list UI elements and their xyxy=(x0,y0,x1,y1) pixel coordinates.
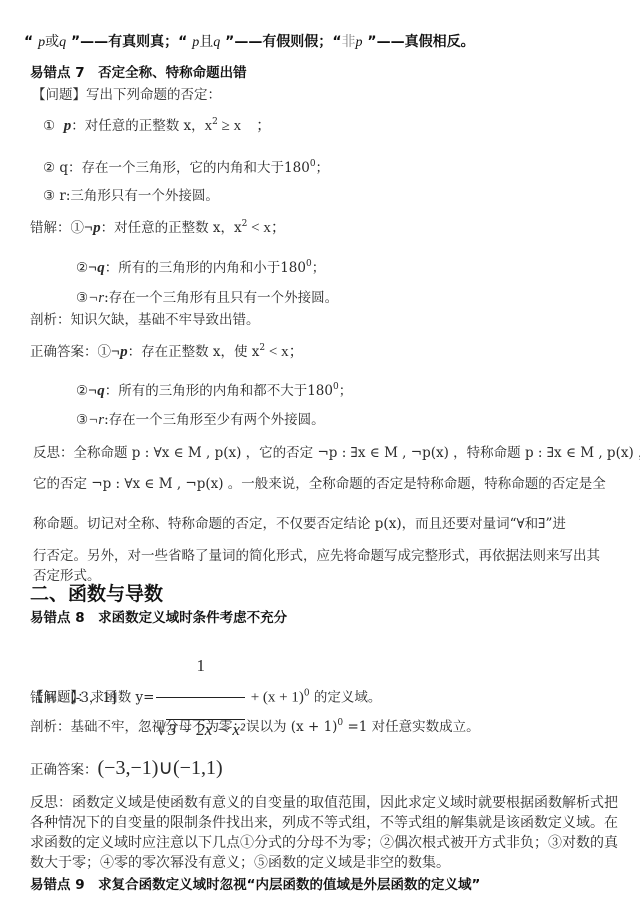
question-suffix: 的定义域。 xyxy=(310,690,382,706)
point7-item-2: ② q：存在一个三角形，它的内角和大于1800； xyxy=(43,159,329,177)
item-text: ：存在正整数 x，使 x xyxy=(128,344,260,360)
quote-close: ” xyxy=(66,34,80,50)
point7-correct-2: ②¬q：所有的三角形的内角和都不大于1800； xyxy=(76,382,352,400)
negation: ¬q xyxy=(88,383,105,399)
quote-open: “ xyxy=(24,34,38,50)
point7-reflection-2: 它的否定 ¬p : ∀x ∈ M , ¬p(x) 。一般来说，全称命题的否定是特… xyxy=(33,475,606,493)
analysis-suffix: =1 对任意实数成立。 xyxy=(343,719,479,735)
item-number: ① xyxy=(71,220,85,236)
item-text: :存在一个三角形有且只有一个外接圆。 xyxy=(104,290,338,306)
item-number: ② xyxy=(76,260,88,276)
item-tail: ； xyxy=(339,383,353,399)
point8-heading: 易错点 8 求函数定义域时条件考虑不充分 xyxy=(30,609,287,627)
quote-close: ” xyxy=(220,34,234,50)
point9-heading: 易错点 9 求复合函数定义域时忽视“内层函数的值域是外层函数的定义域” xyxy=(30,876,480,894)
item-number: ③ xyxy=(76,290,88,306)
logic-rule-line: “ p或q ”——有真则真；“ p且q ”——有假则假；“非p ”——真假相反。 xyxy=(24,33,475,52)
item-tail: < x； xyxy=(247,220,285,236)
item-tail: < x； xyxy=(265,344,303,360)
point8-wrong: 错解：[-3，1] xyxy=(30,689,116,707)
item-tail: ； xyxy=(312,260,326,276)
point7-reflection-1: 反思：全称命题 p : ∀x ∈ M , p(x) ，它的否定 ¬p : ∃x … xyxy=(33,444,640,462)
math-var-p: p xyxy=(356,35,363,50)
negation: ¬p xyxy=(84,220,101,236)
item-text: ：所有的三角形的内角和小于180 xyxy=(105,260,306,276)
point7-reflection-3: 称命题。切记对全称、特称命题的否定，不仅要否定结论 p(x)，而且还要对量词“∀… xyxy=(33,515,566,533)
point7-analysis: 剖析：知识欠缺，基础不牢导致出错。 xyxy=(30,311,260,329)
not-word: 非 xyxy=(342,34,356,50)
point7-question-label: 【问题】写出下列命题的否定： xyxy=(32,86,221,104)
math-x: x xyxy=(205,118,213,134)
question-expr: + (x + 1) xyxy=(247,690,304,706)
quote-open: “ xyxy=(178,34,192,50)
point7-wrong-1: 错解：①¬p：对任意的正整数 x，x2 < x； xyxy=(30,219,286,237)
point8-reflection-3: 求函数的定义域时应注意以下几点①分式的分母不为零；②偶次根式被开方式非负；③对数… xyxy=(30,834,618,852)
item-number: ③ xyxy=(76,412,88,428)
item-text: ：对任意的正整数 x， xyxy=(71,118,204,134)
item-text: ：对任意的正整数 x，x xyxy=(101,220,242,236)
item-number: ① xyxy=(43,118,55,134)
rule-or: ——有真则真； xyxy=(80,34,178,50)
item-tail: ≥ x ； xyxy=(218,118,271,134)
item-text: :存在一个三角形至少有两个外接圆。 xyxy=(104,412,325,428)
negation: ¬p xyxy=(111,344,128,360)
rule-not: ——真假相反。 xyxy=(377,34,475,50)
point7-item-3: ③ r:三角形只有一个外接圆。 xyxy=(43,187,219,205)
point7-heading: 易错点 7 否定全称、特称命题出错 xyxy=(30,64,247,82)
item-text: q：存在一个三角形，它的内角和大于180 xyxy=(55,160,310,176)
item-number: ② xyxy=(76,383,88,399)
item-number: ③ xyxy=(43,188,55,204)
item-number: ① xyxy=(98,344,112,360)
item-tail: ； xyxy=(316,160,330,176)
quote-close: ” xyxy=(363,34,377,50)
analysis-prefix: 剖析：基础不牢，忽视分母不为零；误以为 (x + 1) xyxy=(30,719,337,735)
and-word: 且 xyxy=(199,34,213,50)
item-number: ② xyxy=(43,160,55,176)
item-text: ：所有的三角形的内角和都不大于180 xyxy=(105,383,333,399)
point8-reflection-1: 反思：函数定义域是使函数有意义的自变量的取值范围，因此求定义域时就要根据函数解析… xyxy=(30,794,618,812)
quote-open: “ xyxy=(332,34,341,50)
correct-label: 正确答案： xyxy=(30,344,98,360)
or-word: 或 xyxy=(45,34,59,50)
point7-reflection-4: 行否定。另外，对一些省略了量词的简化形式，应先将命题写成完整形式，再依据法则来写… xyxy=(33,547,600,565)
point7-wrong-2: ②¬q：所有的三角形的内角和小于1800； xyxy=(76,259,325,277)
point7-correct-3: ③¬r:存在一个三角形至少有两个外接圆。 xyxy=(76,411,325,429)
point7-wrong-3: ③¬r:存在一个三角形有且只有一个外接圆。 xyxy=(76,289,338,307)
section-heading: 二、函数与导数 xyxy=(30,585,163,603)
point8-question: 【问题】：求函数 y=1√3 − 2x − x² + (x + 1)0 的定义域… xyxy=(30,636,381,696)
point8-analysis: 剖析：基础不牢，忽视分母不为零；误以为 (x + 1)0 =1 对任意实数成立。 xyxy=(30,718,480,736)
negation: ¬r xyxy=(88,290,104,306)
rule-and: ——有假则假； xyxy=(234,34,332,50)
point7-item-1: ① p：对任意的正整数 x，x2 ≥ x ； xyxy=(43,117,271,135)
fraction: 1√3 − 2x − x² xyxy=(156,636,244,760)
fraction-numerator: 1 xyxy=(156,636,244,698)
negation: ¬q xyxy=(88,260,105,276)
point8-reflection-4: 数大于零；④零的零次幂没有意义；⑤函数的定义域是非空的数集。 xyxy=(30,854,450,872)
point8-correct: 正确答案：(−3,−1)∪(−1,1) xyxy=(30,755,223,783)
correct-label: 正确答案： xyxy=(30,762,98,778)
wrong-label: 错解： xyxy=(30,220,71,236)
item-text: r:三角形只有一个外接圆。 xyxy=(55,188,219,204)
correct-interval: (−3,−1)∪(−1,1) xyxy=(98,757,223,779)
point8-reflection-2: 各种情况下的自变量的限制条件找出来，列成不等式组，不等式组的解集就是该函数定义域… xyxy=(30,814,618,832)
point7-correct-1: 正确答案：①¬p：存在正整数 x，使 x2 < x； xyxy=(30,343,304,361)
negation: ¬r xyxy=(88,412,104,428)
